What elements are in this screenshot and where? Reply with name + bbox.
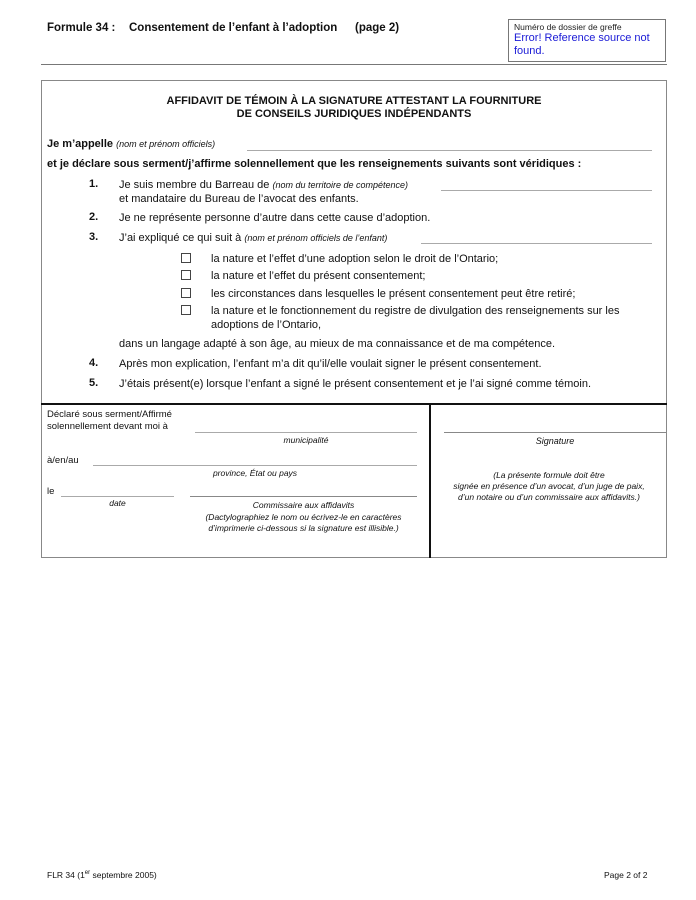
province-caption: province, État ou pays <box>93 468 417 479</box>
sworn-line1: Déclaré sous serment/Affirmé <box>47 409 172 421</box>
language-note: dans un langage adapté à son âge, au mie… <box>119 337 555 351</box>
item-2-number: 2. <box>89 211 98 223</box>
checkbox-label: la nature et l’effet d’une adoption selo… <box>211 252 498 266</box>
item-3-number: 3. <box>89 231 98 243</box>
name-hint: (nom et prénom officiels) <box>116 139 215 149</box>
affidavit-title-line1: AFFIDAVIT DE TÉMOIN À LA SIGNATURE ATTES… <box>41 95 667 108</box>
form-number: Formule 34 : <box>47 22 129 34</box>
affidavit-title-line2: DE CONSEILS JURIDIQUES INDÉPENDANTS <box>41 108 667 121</box>
checkbox-disclosure-registry[interactable] <box>181 305 191 315</box>
commissioner-note-line2: d’imprimerie ci-dessous si la signature … <box>180 523 427 534</box>
item-5-text: J’étais présent(e) lorsque l’enfant a si… <box>119 377 591 391</box>
item-1-hint: (nom du territoire de compétence) <box>272 180 408 190</box>
court-file-number-label: Numéro de dossier de greffe <box>514 22 660 32</box>
item-4-number: 4. <box>89 357 98 369</box>
date-field[interactable] <box>61 496 174 497</box>
item-1-text: Je suis membre du Barreau de <box>119 179 269 191</box>
court-file-number-box: Numéro de dossier de greffe Error! Refer… <box>508 19 666 62</box>
form-code-date: septembre 2005) <box>90 870 157 880</box>
signature-note-line3: d’un notaire ou d’un commissaire aux aff… <box>432 492 666 503</box>
child-name-field[interactable] <box>421 243 652 244</box>
checkbox-label: les circonstances dans lesquelles le pré… <box>211 287 575 301</box>
declaration-text: et je déclare sous serment/j’affirme sol… <box>47 157 581 171</box>
name-label: Je m’appelle <box>47 138 113 150</box>
deponent-signature-field[interactable] <box>444 432 666 433</box>
form-name: Consentement de l’enfant à l’adoption <box>129 22 355 34</box>
jurisdiction-field[interactable] <box>441 190 652 191</box>
jurat-column-divider <box>429 404 431 558</box>
municipality-field[interactable] <box>195 432 417 433</box>
form-code-text: FLR 34 (1 <box>47 870 85 880</box>
checkbox-consent-effect[interactable] <box>181 270 191 280</box>
item-1-number: 1. <box>89 178 98 190</box>
page-label: (page 2) <box>355 22 399 34</box>
item-1-text-row: Je suis membre du Barreau de (nom du ter… <box>119 178 408 192</box>
form-code: FLR 34 (1er septembre 2005) <box>47 870 157 880</box>
item-4-text: Après mon explication, l’enfant m’a dit … <box>119 357 542 371</box>
item-2-text: Je ne représente personne d’autre dans c… <box>119 211 430 225</box>
checkbox-adoption-effect[interactable] <box>181 253 191 263</box>
date-caption: date <box>61 498 174 509</box>
page-info: Page 2 of 2 <box>604 870 647 880</box>
form-header-title: Formule 34 :Consentement de l’enfant à l… <box>47 22 399 34</box>
municipality-caption: municipalité <box>195 435 417 446</box>
sworn-line2: solennellement devant moi à <box>47 421 168 433</box>
header-divider <box>41 64 667 65</box>
commissioner-signature-field[interactable] <box>190 496 417 497</box>
checkbox-label: la nature et l’effet du présent consente… <box>211 269 425 283</box>
checkbox-withdrawal-circumstances[interactable] <box>181 288 191 298</box>
checkbox-label-line2: adoptions de l’Ontario, <box>211 318 321 332</box>
name-field[interactable] <box>247 150 652 151</box>
commissioner-note-line1: (Dactylographiez le nom ou écrivez-le en… <box>180 512 427 523</box>
province-label: à/en/au <box>47 455 79 467</box>
signature-caption: Signature <box>444 436 666 447</box>
checkbox-label-line1: la nature et le fonctionnement du regist… <box>211 304 619 318</box>
signature-note-line1: (La présente formule doit être <box>432 470 666 481</box>
court-file-number-value[interactable]: Error! Reference source not found. <box>514 32 660 58</box>
item-3-hint: (nom et prénom officiels de l’enfant) <box>244 233 387 243</box>
item-1-continuation: et mandataire du Bureau de l’avocat des … <box>119 192 359 206</box>
item-3-text: J’ai expliqué ce qui suit à <box>119 232 241 244</box>
date-label: le <box>47 486 54 498</box>
name-label-row: Je m’appelle (nom et prénom officiels) <box>47 137 215 151</box>
province-field[interactable] <box>93 465 417 466</box>
commissioner-caption: Commissaire aux affidavits <box>190 500 417 511</box>
signature-note-line2: signée en présence d’un avocat, d’un jug… <box>432 481 666 492</box>
item-5-number: 5. <box>89 377 98 389</box>
affidavit-title: AFFIDAVIT DE TÉMOIN À LA SIGNATURE ATTES… <box>41 95 667 121</box>
item-3-text-row: J’ai expliqué ce qui suit à (nom et prén… <box>119 231 387 245</box>
jurat-divider <box>41 403 667 405</box>
